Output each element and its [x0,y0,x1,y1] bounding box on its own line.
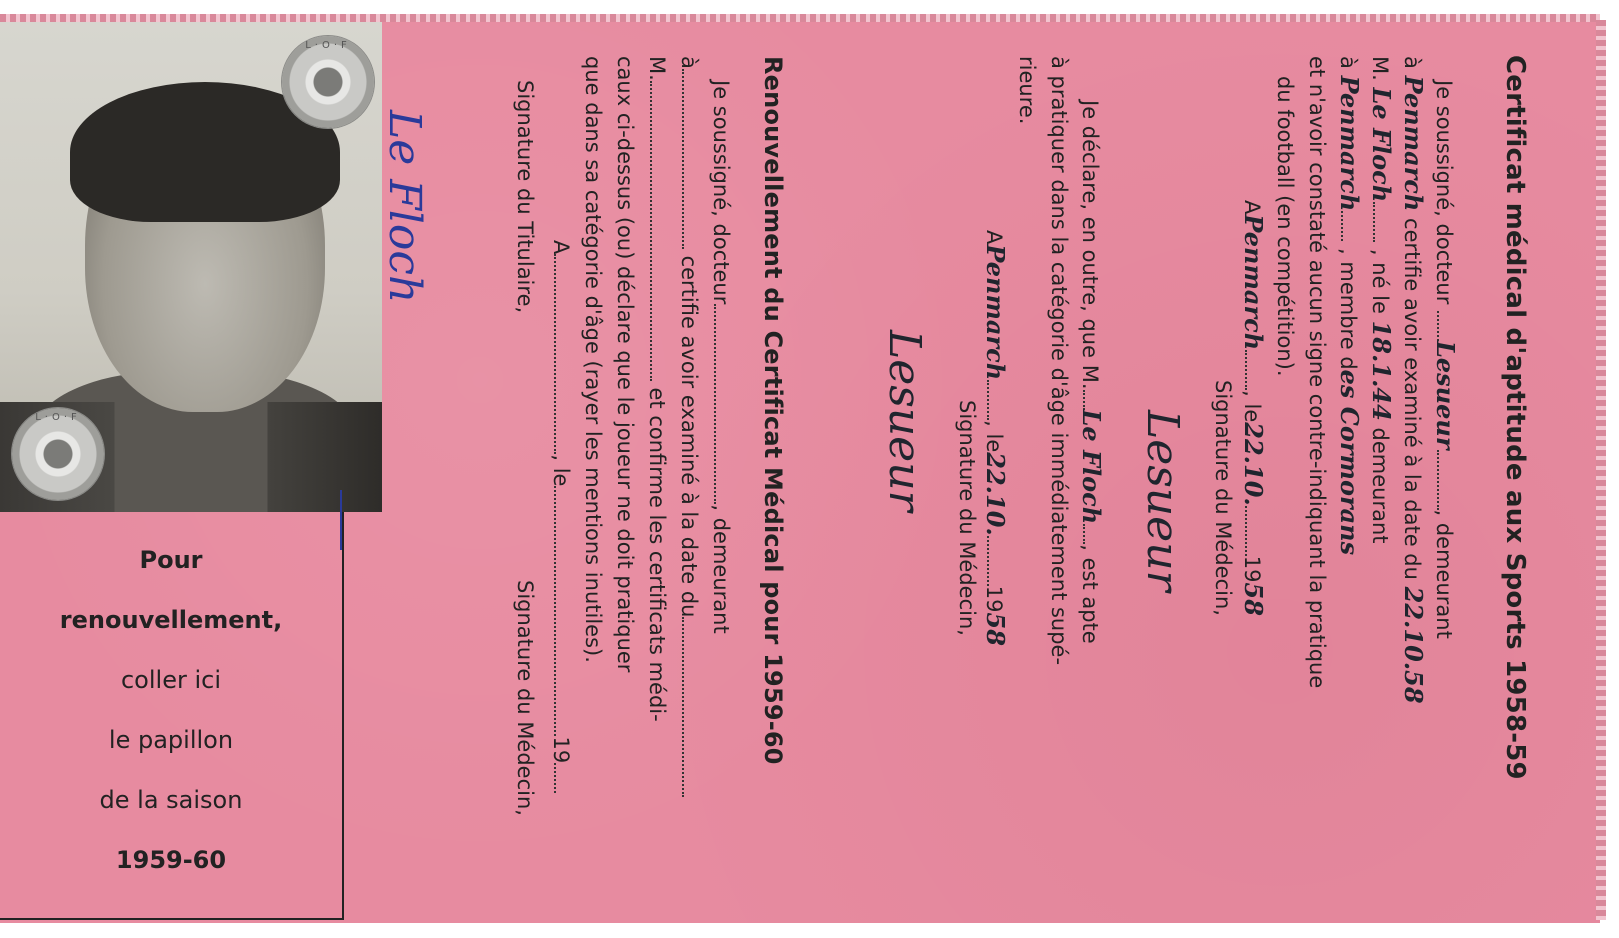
declaration-line-1: Je déclare, en outre, que M.Le Floch, es… [1075,100,1106,644]
doctor-town-handwritten: Penmarch [1398,76,1428,212]
certificate-line-1: Je soussigné, docteur Lesueur, demeurant [1429,80,1460,639]
player-town-handwritten: Penmarch [1334,76,1364,212]
certificate-line-5: et n'avoir constaté aucun signe contre-i… [1302,56,1332,688]
doctor-signature-handwritten: Lesueur [1137,410,1188,592]
perforated-top-edge [0,14,1600,22]
sticker-line: renouvellement, [0,590,342,650]
renewal-line-2: à certifie avoir examiné à la date du [674,56,704,797]
certificate-line-2: à Penmarch certifie avoir examiné à la d… [1397,56,1428,704]
club-name-handwritten: es Cormorans [1334,370,1364,555]
sticker-line: 1959-60 [0,830,342,890]
birth-date-handwritten: 18.1.44 [1366,321,1396,421]
doctor-signature-handwritten: Lesueur [879,330,930,512]
renewal-doctor-signature-label: Signature du Médecin, [510,580,540,816]
holder-signature-handwritten: Le Floch [379,110,430,303]
date-handwritten: 22.10. [1238,422,1268,506]
place-handwritten: Penmarch [1238,214,1268,350]
certificate-place-date: APenmarch, le22.10.1958 [1237,200,1268,616]
sticker-line: le papillon [0,710,342,770]
doctor-signature-label: Signature du Médecin, [1208,380,1238,616]
exam-date-handwritten: 22.10.58 [1398,587,1428,704]
eyelet-bottom-icon: L·O·F [12,408,104,500]
player-name-handwritten: Le Floch [1076,410,1106,525]
renewal-line-4: caux ci-dessus (ou) déclare que le joueu… [610,56,640,672]
doctor-signature-label: Signature du Médecin, [952,400,982,636]
renewal-line-3: M. et confirme les certificats médi- [642,56,672,722]
player-name-handwritten: Le Floch [1366,87,1396,202]
certificate-line-4: à Penmarch , membre des Cormorans [1333,56,1364,555]
certificate-line-6: du football (en compétition). [1270,76,1300,377]
renewal-line-5: que dans sa catégorie d'âge (rayer les m… [578,56,608,663]
certificate-line-3: M. Le Floch , né le 18.1.44 demeurant [1365,56,1396,544]
renewal-place-date: A, le19 [546,240,576,793]
sticker-line: coller ici [0,650,342,710]
renewal-line-1: Je soussigné, docteur, demeurant [706,80,736,634]
declaration-line-2: à pratiquer dans la catégorie d'âge immé… [1044,56,1074,665]
sticker-line: de la saison [0,770,342,830]
eyelet-top-icon: L·O·F [282,36,374,128]
perforated-right-edge [1596,20,1606,920]
place-handwritten: Penmarch [980,244,1010,380]
certificate-title: Certificat médical d'aptitude aux Sports… [1500,55,1530,780]
sticker-line: Pour [0,530,342,590]
declaration-place-date: APenmarch, le22.10.1958 [979,230,1010,646]
renewal-title: Renouvellement du Certificat Médical pou… [758,56,788,765]
renewal-sticker-box: Pour renouvellement, coller ici le papil… [0,512,344,920]
doctor-name-handwritten: Lesueur [1430,341,1460,449]
declaration-line-3: rieure. [1012,56,1042,124]
holder-signature-label: Signature du Titulaire, [510,80,540,313]
date-handwritten: 22.10. [980,452,1010,536]
